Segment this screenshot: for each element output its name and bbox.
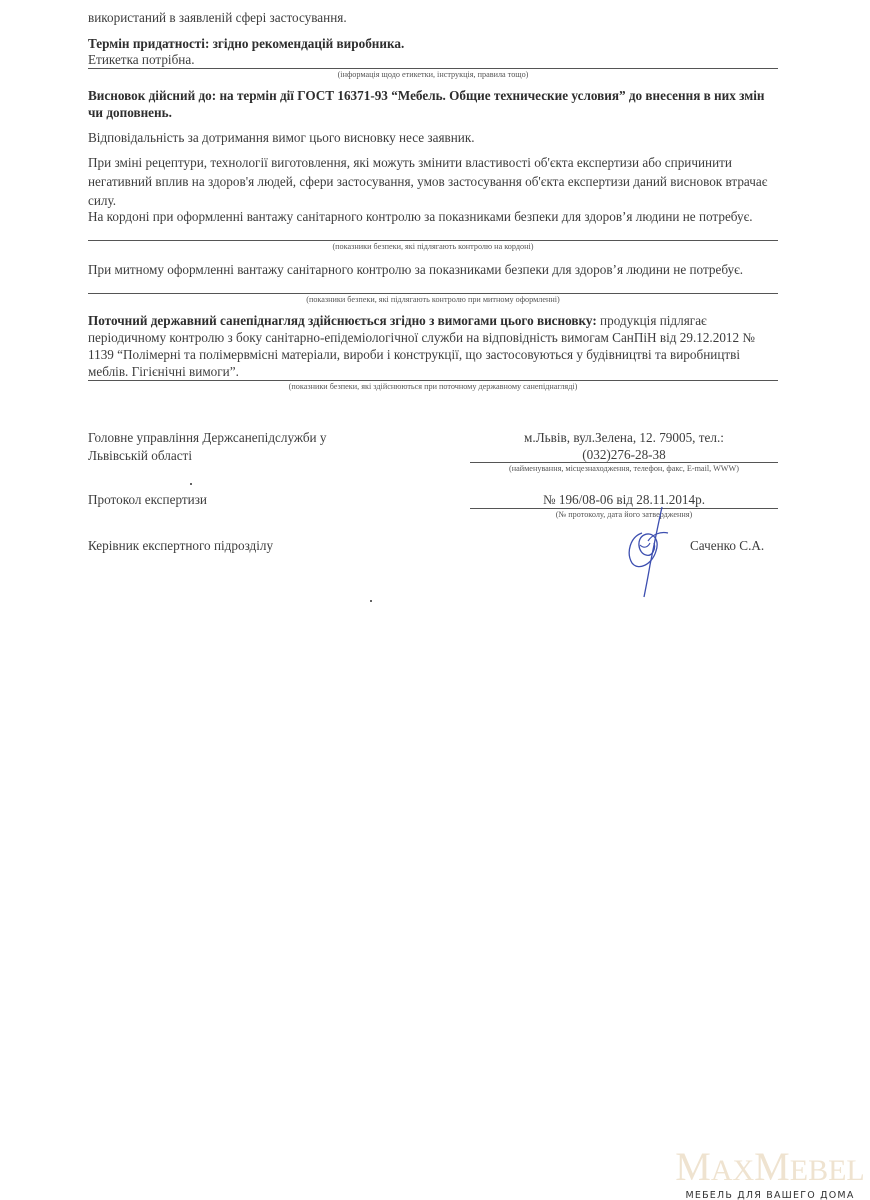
label-caption: (інформація щодо етикетки, інструкція, п… bbox=[88, 70, 778, 79]
intro-line: використаний в заявленій сфері застосува… bbox=[88, 8, 778, 28]
protocol-label: Протокол експертизи bbox=[88, 491, 207, 509]
recipe-change-text: При зміні рецептури, технології виготовл… bbox=[88, 153, 778, 210]
responsibility-text: Відповідальність за дотримання вимог цьо… bbox=[88, 128, 778, 148]
customs-caption: (показники безпеки, які підлягають контр… bbox=[88, 295, 778, 304]
address-line-2: (032)276-28-38 bbox=[470, 446, 778, 463]
head-label: Керівник експертного підрозділу bbox=[88, 537, 273, 555]
supervision-paragraph: Поточний державний санепіднагляд здійсню… bbox=[88, 312, 778, 380]
customs-control-text: При митному оформленні вантажу санітарно… bbox=[88, 261, 778, 279]
scan-speck bbox=[190, 483, 192, 485]
label-text: Етикетка потрібна. bbox=[88, 50, 778, 70]
maxmebel-logo: MAXMEBEL МЕБЕЛЬ ДЛЯ ВАШЕГО ДОМА bbox=[672, 1148, 868, 1200]
divider bbox=[88, 68, 778, 69]
divider bbox=[88, 240, 778, 241]
scan-speck bbox=[370, 600, 372, 602]
signature-icon bbox=[622, 505, 672, 600]
head-name: Саченко С.А. bbox=[690, 537, 764, 555]
supervision-caption: (показники безпеки, які здійснюються при… bbox=[88, 382, 778, 391]
address-line-1: м.Львів, вул.Зелена, 12. 79005, тел.: bbox=[470, 429, 778, 446]
logo-tagline: МЕБЕЛЬ ДЛЯ ВАШЕГО ДОМА bbox=[672, 1190, 868, 1200]
divider bbox=[88, 380, 778, 381]
address-caption: (найменування, місцезнаходження, телефон… bbox=[470, 464, 778, 473]
border-control-text: На кордоні при оформленні вантажу саніта… bbox=[88, 208, 778, 226]
authority-address: м.Львів, вул.Зелена, 12. 79005, тел.: (0… bbox=[470, 429, 778, 463]
logo-brand: MAXMEBEL bbox=[672, 1148, 868, 1190]
border-caption: (показники безпеки, які підлягають контр… bbox=[88, 242, 778, 251]
divider bbox=[470, 462, 778, 463]
divider bbox=[88, 293, 778, 294]
validity-statement: Висновок дійсний до: на термін дії ГОСТ … bbox=[88, 87, 778, 121]
supervision-heading: Поточний державний санепіднагляд здійсню… bbox=[88, 313, 597, 328]
document-page: використаний в заявленій сфері застосува… bbox=[0, 0, 870, 1200]
authority-name: Головне управління Держсанепідслужби у Л… bbox=[88, 429, 368, 465]
